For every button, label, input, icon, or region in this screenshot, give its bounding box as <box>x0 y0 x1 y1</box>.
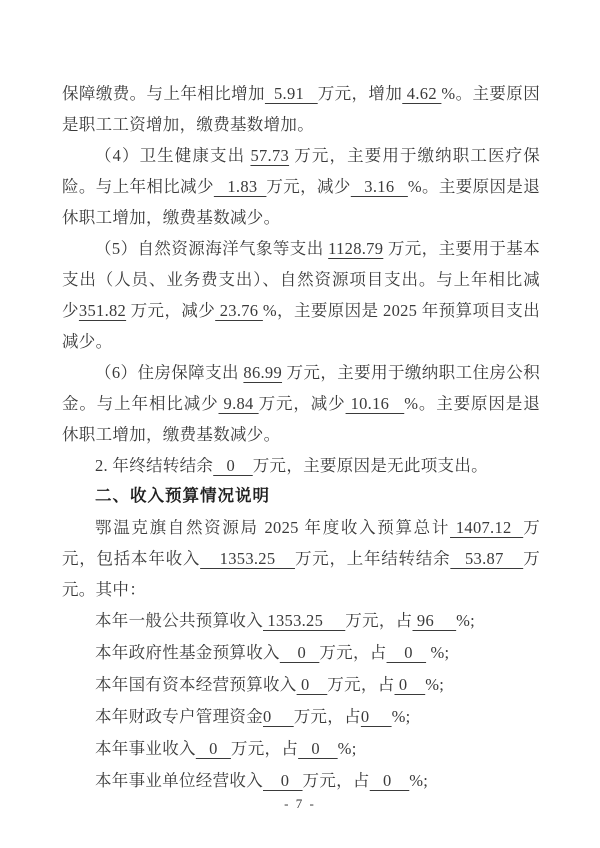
text-run: 本年事业单位经营收入 <box>95 771 263 790</box>
text-run: %; <box>425 675 444 694</box>
text-run: 万元，占 <box>303 771 370 790</box>
text-run: 万元，占 <box>345 611 412 630</box>
text-run: 本年政府性基金预算收入 <box>95 643 280 662</box>
text-run: 本年财政专户管理资金 <box>95 707 263 726</box>
item-public-institution-income: 本年事业收入 0 万元，占 0 %; <box>62 733 540 765</box>
underlined-value: 1.83 <box>214 177 267 196</box>
item-general-public-budget-income: 本年一般公共预算收入 1353.25 万元，占 96 %; <box>62 605 540 637</box>
underlined-value: 53.87 <box>450 549 523 568</box>
text-run: 保障缴费。与上年相比增加 <box>62 84 265 103</box>
underlined-value: 57.73 <box>250 146 289 165</box>
text-run: %; <box>392 707 411 726</box>
item-government-fund-income: 本年政府性基金预算收入 0 万元，占 0 %; <box>62 637 540 669</box>
para-health-expenditure: （4）卫生健康支出 57.73 万元，主要用于缴纳职工医疗保险。与上年相比减少 … <box>62 140 540 233</box>
text-run: 万元，占 <box>294 707 361 726</box>
text-run: 二、收入预算情况说明 <box>95 487 270 505</box>
underlined-value: 1407.12 <box>450 518 523 537</box>
underlined-value: 0 <box>361 707 392 726</box>
text-run: 万元，占 <box>231 739 298 758</box>
text-run: 万元，占 <box>319 643 386 662</box>
underlined-value: 1353.25 <box>200 549 295 568</box>
document-body: 保障缴费。与上年相比增加 5.91 万元，增加 4.62 %。主要原因是职工工资… <box>62 78 540 797</box>
heading-income-budget: 二、收入预算情况说明 <box>62 481 540 512</box>
underlined-value: 23.76 <box>215 301 263 320</box>
text-run: （5）自然资源海洋气象等支出 <box>95 239 328 258</box>
text-run: 本年国有资本经营预算收入 <box>95 675 297 694</box>
underlined-value: 0 <box>395 675 426 694</box>
underlined-value: 9.84 <box>219 394 259 413</box>
document-page: 保障缴费。与上年相比增加 5.91 万元，增加 4.62 %。主要原因是职工工资… <box>0 0 600 848</box>
underlined-value: 1353.25 <box>263 611 345 630</box>
underlined-value: 0 <box>297 675 328 694</box>
text-run: 万元，上年结转结余 <box>295 549 450 568</box>
text-run: （4）卫生健康支出 <box>95 146 250 165</box>
para-year-end-carryover: 2. 年终结转结余 0 万元，主要原因是无此项支出。 <box>62 450 540 481</box>
text-run: %; <box>426 643 449 662</box>
underlined-value: 0 <box>213 456 253 475</box>
text-run: 万元，主要原因是无此项支出。 <box>253 456 488 475</box>
underlined-value: 0 <box>370 771 410 790</box>
underlined-value: 0 <box>298 739 338 758</box>
para-income-budget-total: 鄂温克旗自然资源局 2025 年度收入预算总计 1407.12 万元，包括本年收… <box>62 512 540 605</box>
text-run: 2. 年终结转结余 <box>95 456 213 475</box>
underlined-value: 0 <box>263 771 303 790</box>
underlined-value: 3.16 <box>351 177 408 196</box>
text-run: 本年事业收入 <box>95 739 196 758</box>
underlined-value: 0 <box>263 707 294 726</box>
item-fiscal-special-account-funds: 本年财政专户管理资金0 万元，占0 %; <box>62 701 540 733</box>
underlined-value: 86.99 <box>243 363 282 382</box>
text-run: %; <box>409 771 428 790</box>
underlined-value: 10.16 <box>346 394 405 413</box>
text-run: 鄂温克旗自然资源局 2025 年度收入预算总计 <box>95 518 450 537</box>
text-run: %; <box>456 611 475 630</box>
underlined-value: 0 <box>387 643 427 662</box>
underlined-value: 0 <box>280 643 320 662</box>
underlined-value: 5.91 <box>265 84 318 103</box>
text-run: 本年一般公共预算收入 <box>95 611 263 630</box>
text-run: 万元，增加 <box>318 84 403 103</box>
text-run: 万元，占 <box>327 675 394 694</box>
text-run: 万元，减少 <box>126 301 215 320</box>
text-run: 万元，减少 <box>259 394 346 413</box>
underlined-value: 96 <box>412 611 456 630</box>
underlined-value: 4.62 <box>402 84 441 103</box>
page-number: - 7 - <box>0 796 600 812</box>
underlined-value: 0 <box>196 739 231 758</box>
text-run: 万元，减少 <box>266 177 350 196</box>
para-natural-resources-expenditure: （5）自然资源海洋气象等支出 1128.79 万元，主要用于基本支出（人员、业务… <box>62 233 540 357</box>
para-housing-expenditure: （6）住房保障支出 86.99 万元，主要用于缴纳职工住房公积金。与上年相比减少… <box>62 357 540 450</box>
item-state-capital-income: 本年国有资本经营预算收入 0 万元，占 0 %; <box>62 669 540 701</box>
underlined-value: 351.82 <box>79 301 126 320</box>
item-public-institution-operating-income: 本年事业单位经营收入 0 万元，占 0 %; <box>62 765 540 797</box>
underlined-value: 1128.79 <box>328 239 383 258</box>
para-social-security-contribution-continued: 保障缴费。与上年相比增加 5.91 万元，增加 4.62 %。主要原因是职工工资… <box>62 78 540 140</box>
text-run: （6）住房保障支出 <box>95 363 243 382</box>
text-run: %; <box>338 739 357 758</box>
